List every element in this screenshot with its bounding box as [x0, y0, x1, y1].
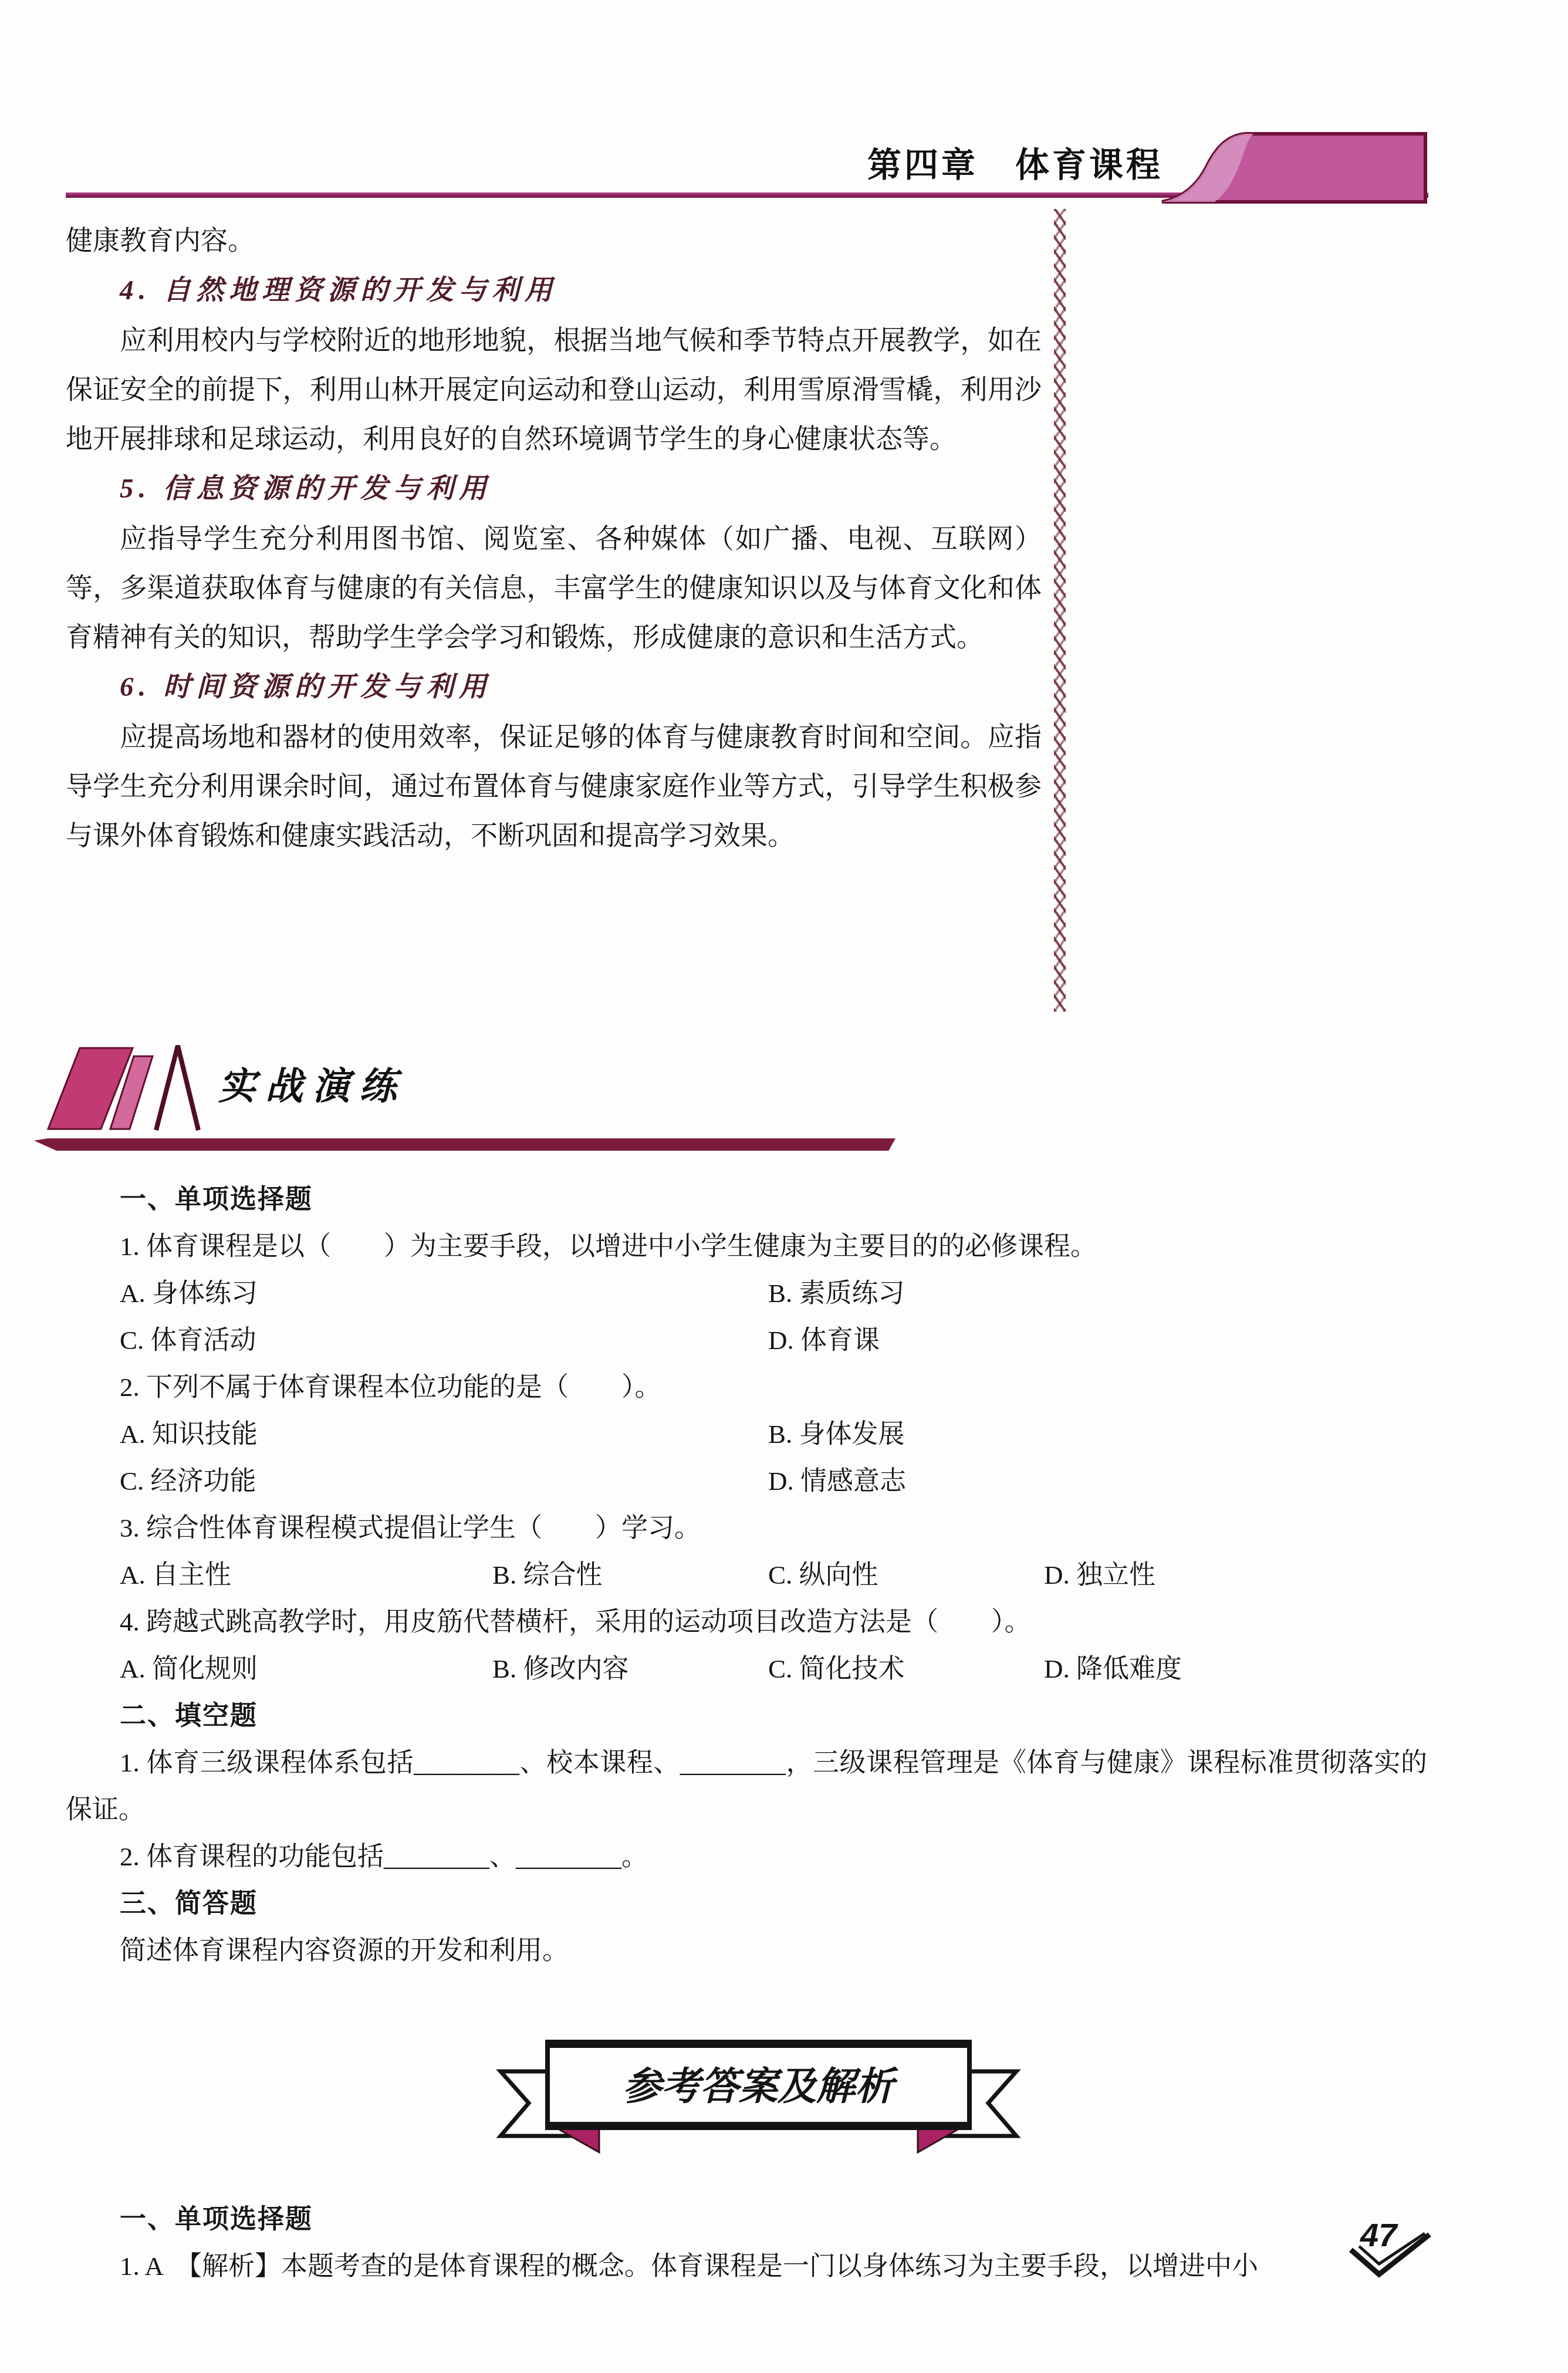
question-3-options: A. 自主性 B. 综合性 C. 纵向性 D. 独立性 — [66, 1551, 1427, 1598]
question-4-stem: 4. 跨越式跳高教学时，用皮筋代替横杆，采用的运动项目改造方法是（ ）。 — [66, 1598, 1427, 1645]
checkmark-icon — [1345, 2229, 1433, 2287]
answers-part1-title: 一、单项选择题 — [66, 2196, 1433, 2243]
part3-title: 三、简答题 — [66, 1880, 1427, 1927]
answers-banner-title: 参考答案及解析 — [623, 2066, 898, 2108]
option-1a: A. 身体练习 — [120, 1270, 768, 1317]
answers-block: 一、单项选择题 1. A 【解析】本题考查的是体育课程的概念。体育课程是一门以身… — [66, 2196, 1433, 2290]
option-4c: C. 简化技术 — [768, 1645, 1044, 1692]
textbook-page: 第四章 体育课程 健康教育内容。 4. 自然地理资源的开发与利用 应利用校内与学… — [0, 0, 1568, 2373]
header-banner-ribbon — [1158, 130, 1428, 205]
option-1c: C. 体育活动 — [120, 1317, 768, 1364]
part2-title: 二、填空题 — [66, 1692, 1427, 1739]
option-4b: B. 修改内容 — [492, 1645, 768, 1692]
fill-blank-2: 2. 体育课程的功能包括________、________。 — [66, 1833, 1427, 1880]
option-1b: B. 素质练习 — [768, 1270, 1427, 1317]
option-3d: D. 独立性 — [1044, 1551, 1427, 1598]
question-1-stem: 1. 体育课程是以（ ）为主要手段，以增进中小学生健康为主要目的的必修课程。 — [66, 1223, 1427, 1270]
practice-section-title: 实战演练 — [218, 1056, 406, 1110]
practice-section-icon — [43, 1042, 243, 1135]
chapter-title: 第四章 体育课程 — [867, 137, 1163, 187]
question-2-stem: 2. 下列不属于体育课程本位功能的是（ ）。 — [66, 1364, 1427, 1411]
resource-paragraph-4: 应利用校内与学校附近的地形地貌，根据当地气候和季节特点开展教学，如在保证安全的前… — [66, 316, 1042, 464]
binding-stitch-decoration — [1054, 209, 1066, 1012]
option-3c: C. 纵向性 — [768, 1551, 1044, 1598]
answers-banner-ribbon: 参考答案及解析 — [496, 2031, 1021, 2158]
resource-heading-5: 5. 信息资源的开发与利用 — [66, 464, 1042, 514]
option-2c: C. 经济功能 — [120, 1458, 768, 1505]
resource-paragraph-6: 应提高场地和器材的使用效率，保证足够的体育与健康教育时间和空间。应指导学生充分利… — [66, 712, 1042, 860]
option-4d: D. 降低难度 — [1044, 1645, 1427, 1692]
short-answer-question: 简述体育课程内容资源的开发和利用。 — [66, 1927, 1427, 1974]
questions-block: 一、单项选择题 1. 体育课程是以（ ）为主要手段，以增进中小学生健康为主要目的… — [66, 1176, 1427, 1974]
fill-blank-1: 1. 体育三级课程体系包括________、校本课程、________，三级课程… — [66, 1739, 1427, 1833]
question-4-options: A. 简化规则 B. 修改内容 C. 简化技术 D. 降低难度 — [66, 1645, 1427, 1692]
practice-section-underline — [34, 1138, 895, 1151]
part1-title: 一、单项选择题 — [66, 1176, 1427, 1223]
resource-heading-6: 6. 时间资源的开发与利用 — [66, 662, 1042, 712]
intro-lead-line: 健康教育内容。 — [66, 216, 1042, 265]
question-2-options: A. 知识技能 B. 身体发展 C. 经济功能 D. 情感意志 — [66, 1411, 1427, 1505]
option-3b: B. 综合性 — [492, 1551, 768, 1598]
question-3-stem: 3. 综合性体育课程模式提倡让学生（ ）学习。 — [66, 1505, 1427, 1551]
option-2b: B. 身体发展 — [768, 1411, 1427, 1458]
option-4a: A. 简化规则 — [120, 1645, 492, 1692]
answer-item-1: 1. A 【解析】本题考查的是体育课程的概念。体育课程是一门以身体练习为主要手段… — [66, 2243, 1433, 2290]
option-1d: D. 体育课 — [768, 1317, 1427, 1364]
resource-heading-4: 4. 自然地理资源的开发与利用 — [66, 265, 1042, 316]
option-2d: D. 情感意志 — [768, 1458, 1427, 1505]
intro-text-block: 健康教育内容。 4. 自然地理资源的开发与利用 应利用校内与学校附近的地形地貌，… — [66, 216, 1042, 860]
question-1-options: A. 身体练习 B. 素质练习 C. 体育活动 D. 体育课 — [66, 1270, 1427, 1364]
option-3a: A. 自主性 — [120, 1551, 492, 1598]
option-2a: A. 知识技能 — [120, 1411, 768, 1458]
resource-paragraph-5: 应指导学生充分利用图书馆、阅览室、各种媒体（如广播、电视、互联网）等，多渠道获取… — [66, 514, 1042, 662]
